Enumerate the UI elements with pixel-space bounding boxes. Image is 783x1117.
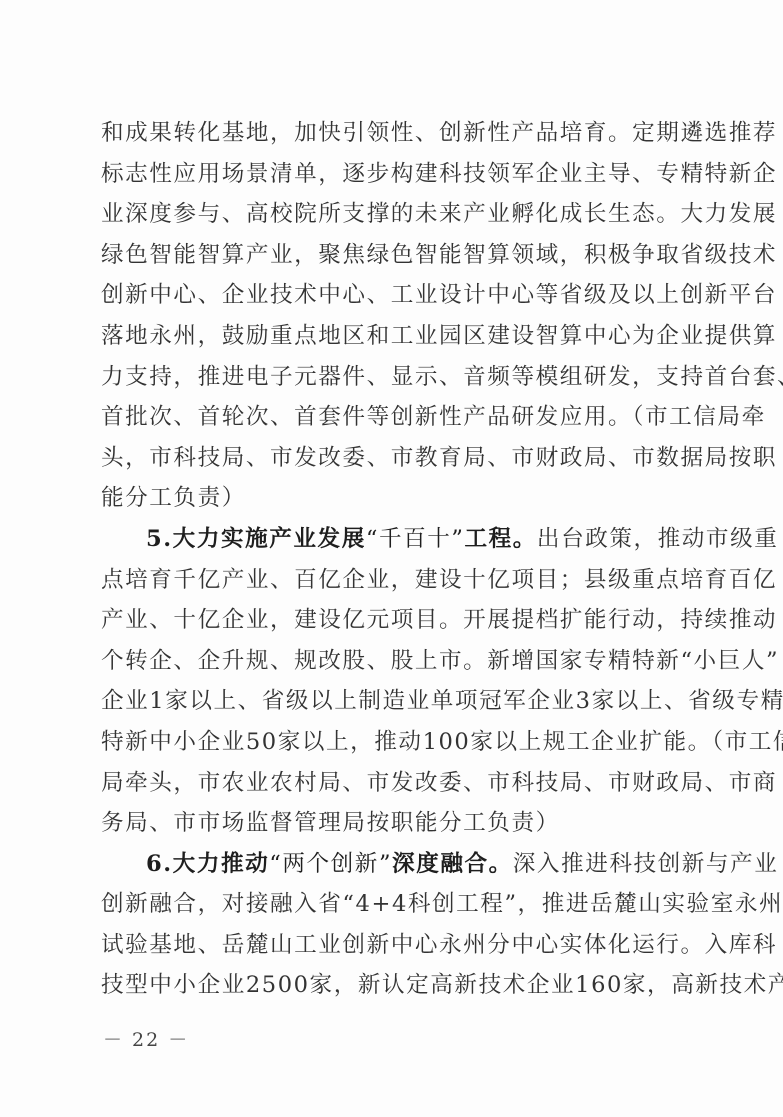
- text-line: 企业1家以上、省级以上制造业单项冠军企业3家以上、省级专精: [101, 681, 691, 722]
- section-heading-5: 5.大力实施产业发展“千百十”工程。: [146, 526, 537, 552]
- text-line: 绿色智能智算产业，聚焦绿色智能智算领域，积极争取省级技术: [101, 235, 691, 276]
- text-line: 技型中小企业2500家，新认定高新技术企业160家，高新技术产: [101, 965, 691, 1006]
- text-line: 标志性应用场景清单，逐步构建科技领军企业主导、专精特新企: [101, 154, 691, 195]
- text-line: 业深度参与、高校院所支撑的未来产业孵化成长生态。大力发展: [101, 194, 691, 235]
- page-number: － 22 －: [103, 1025, 189, 1052]
- text-line: 和成果转化基地，加快引领性、创新性产品培育。定期遴选推荐: [101, 113, 691, 154]
- paragraph-item-5: 5.大力实施产业发展“千百十”工程。出台政策，推动市级重 点培育千亿产业、百亿企…: [101, 519, 691, 844]
- text-line: 局牵头，市农业农村局、市发改委、市科技局、市财政局、市商: [101, 763, 691, 804]
- text-line: 试验基地、岳麓山工业创新中心永州分中心实体化运行。入库科: [101, 925, 691, 966]
- heading-line-rest: 出台政策，推动市级重: [537, 526, 778, 552]
- document-body: 和成果转化基地，加快引领性、创新性产品培育。定期遴选推荐 标志性应用场景清单，逐…: [101, 113, 691, 1006]
- text-line: 创新中心、企业技术中心、工业设计中心等省级及以上创新平台: [101, 275, 691, 316]
- text-line: 特新中小企业50家以上，推动100家以上规工企业扩能。（市工信: [101, 722, 691, 763]
- heading-prefix: 5.大力实施产业发展: [146, 526, 366, 552]
- text-line: 能分工负责）: [101, 478, 691, 519]
- text-line: 创新融合，对接融入省“4+4科创工程”，推进岳麓山实验室永州: [101, 884, 691, 925]
- document-page: 和成果转化基地，加快引领性、创新性产品培育。定期遴选推荐 标志性应用场景清单，逐…: [0, 0, 783, 1117]
- heading-quote: “千百十”: [366, 526, 465, 552]
- heading-line-rest: 深入推进科技创新与产业: [513, 851, 779, 877]
- text-line: 产业、十亿企业，建设亿元项目。开展提档扩能行动，持续推动: [101, 600, 691, 641]
- text-line: 首批次、首轮次、首套件等创新性产品研发应用。（市工信局牵: [101, 397, 691, 438]
- text-line-with-heading: 6.大力推动“两个创新”深度融合。深入推进科技创新与产业: [101, 844, 691, 885]
- heading-quote: “两个创新”: [269, 851, 392, 877]
- text-line: 点培育千亿产业、百亿企业，建设十亿项目；县级重点培育百亿: [101, 560, 691, 601]
- paragraph-innovation-platforms: 和成果转化基地，加快引领性、创新性产品培育。定期遴选推荐 标志性应用场景清单，逐…: [101, 113, 691, 519]
- text-line: 力支持，推进电子元器件、显示、音频等模组研发，支持首台套、: [101, 357, 691, 398]
- paragraph-item-6: 6.大力推动“两个创新”深度融合。深入推进科技创新与产业 创新融合，对接融入省“…: [101, 844, 691, 1006]
- text-line: 个转企、企升规、规改股、股上市。新增国家专精特新“小巨人”: [101, 641, 691, 682]
- text-line: 务局、市市场监督管理局按职能分工负责）: [101, 803, 691, 844]
- text-line: 落地永州，鼓励重点地区和工业园区建设智算中心为企业提供算: [101, 316, 691, 357]
- heading-suffix: 工程。: [464, 526, 536, 552]
- text-line-with-heading: 5.大力实施产业发展“千百十”工程。出台政策，推动市级重: [101, 519, 691, 560]
- section-heading-6: 6.大力推动“两个创新”深度融合。: [146, 851, 513, 877]
- text-line: 头，市科技局、市发改委、市教育局、市财政局、市数据局按职: [101, 438, 691, 479]
- heading-suffix: 深度融合。: [392, 851, 513, 877]
- heading-prefix: 6.大力推动: [146, 851, 269, 877]
